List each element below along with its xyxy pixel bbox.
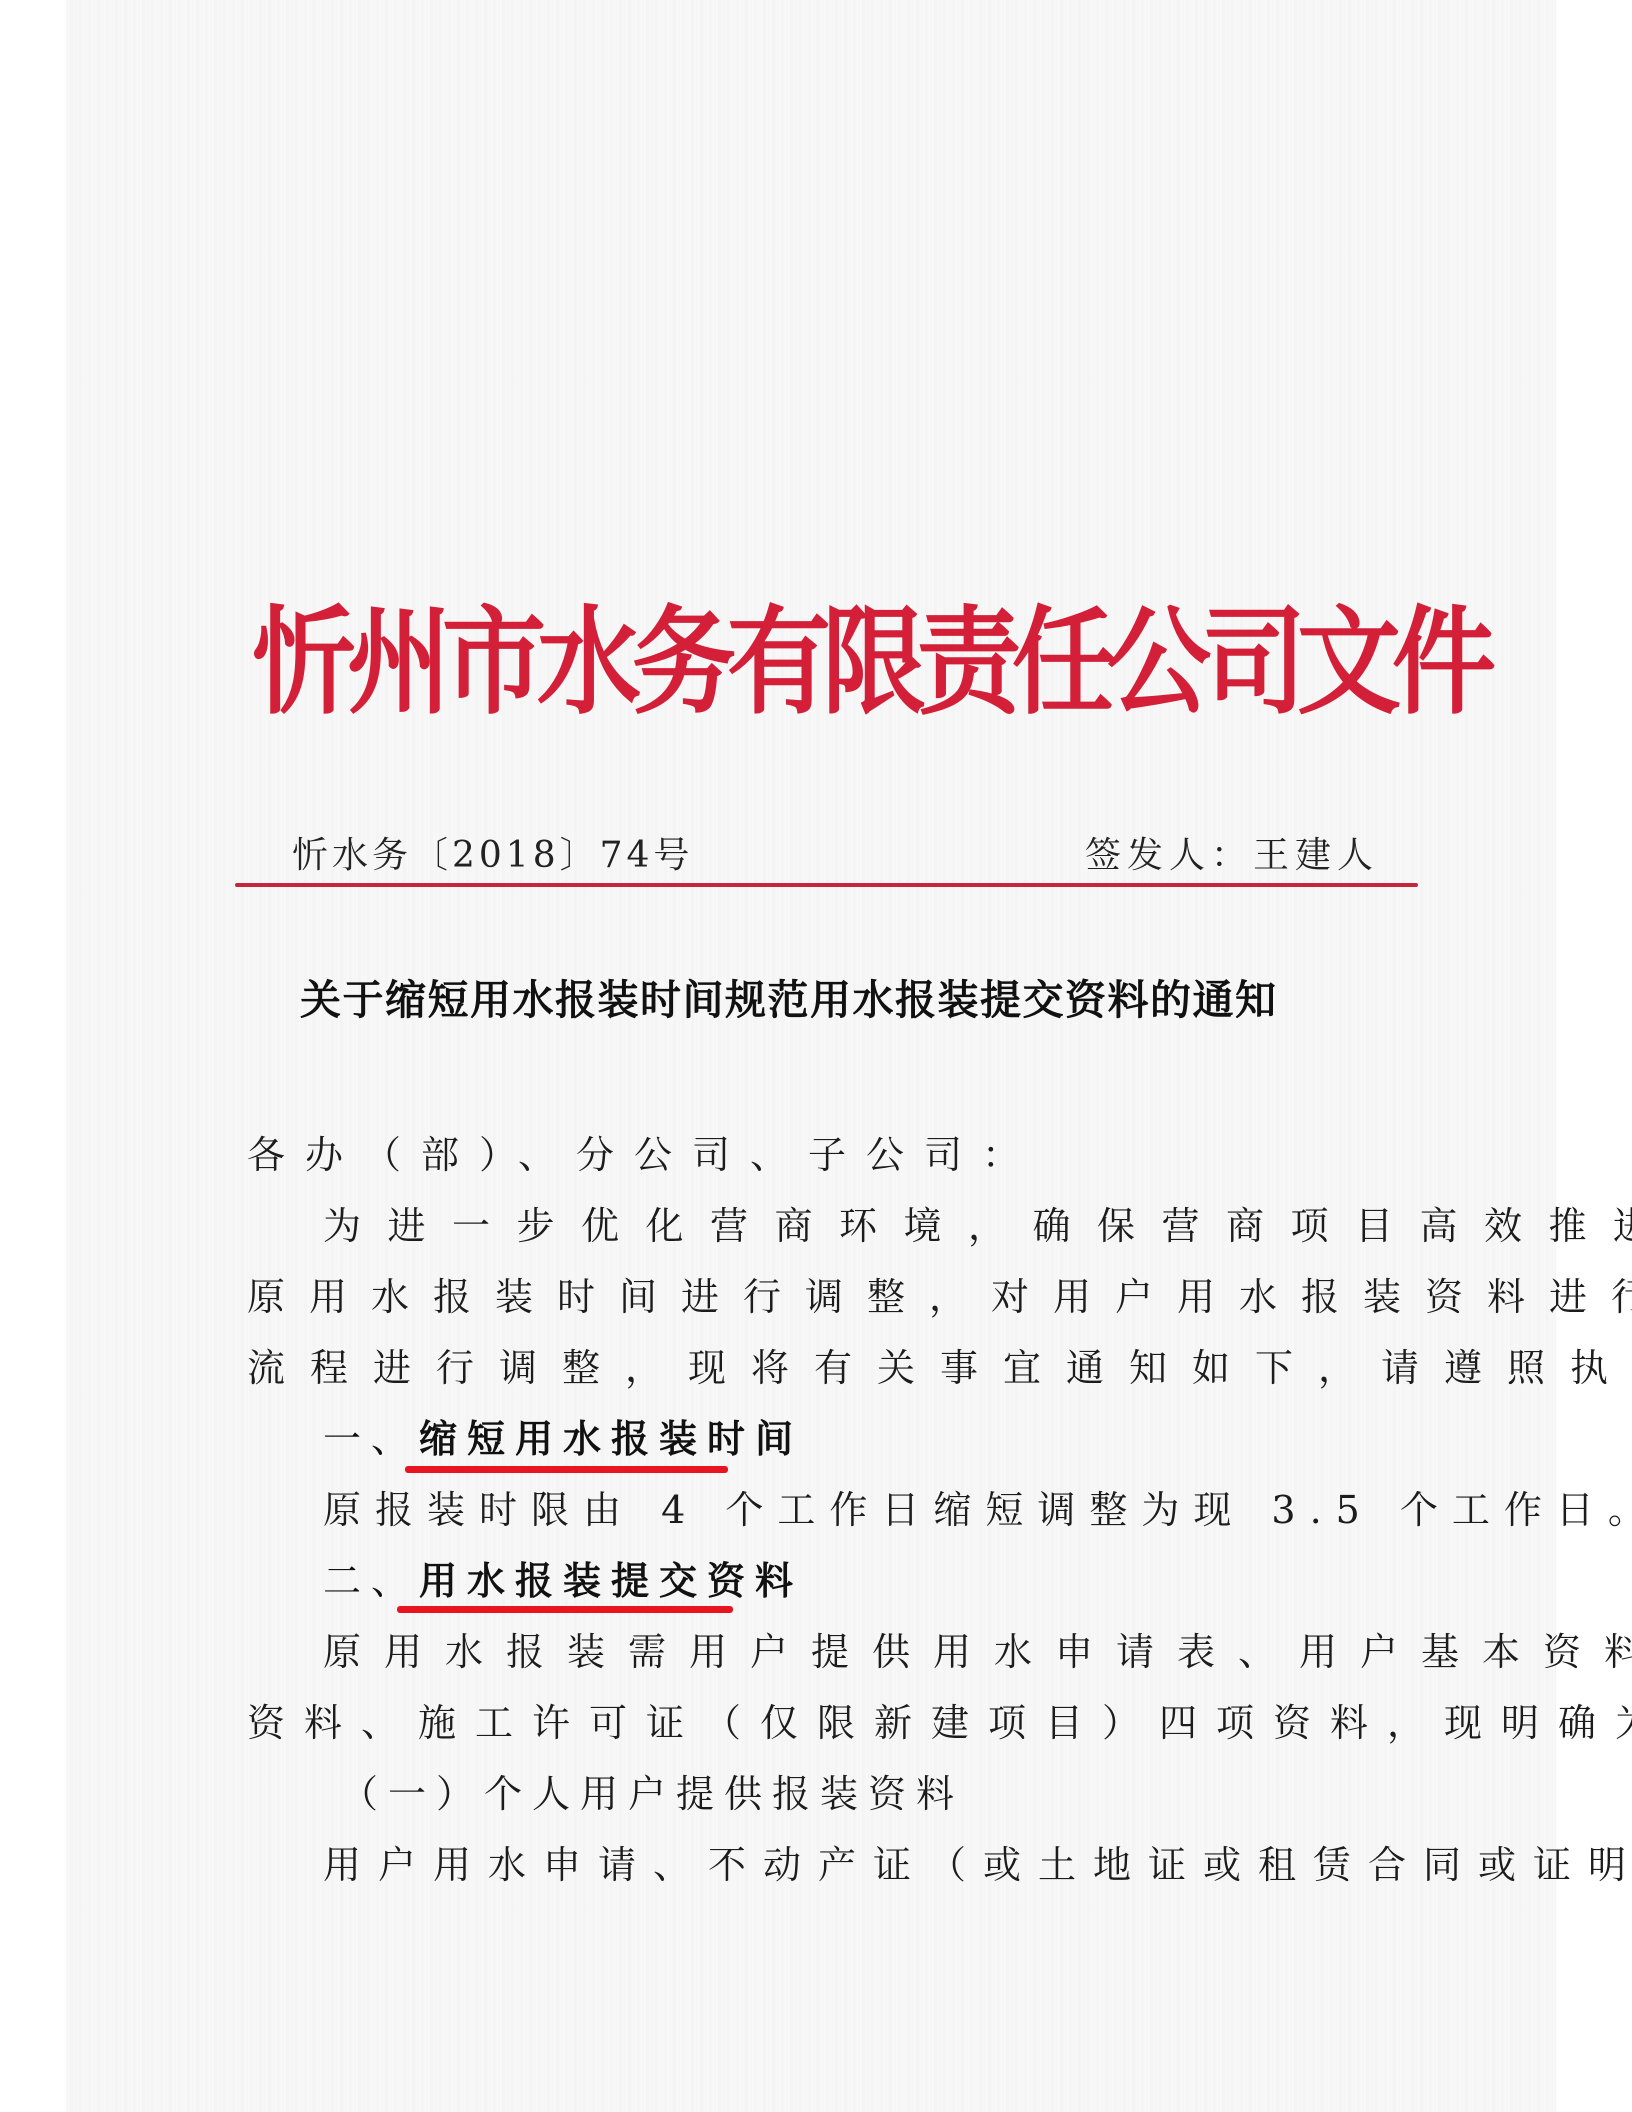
section-1-body-line-1: 原报装时限由 4 个工作日缩短调整为现 3.5 个工作日。 xyxy=(323,1485,1632,1535)
section-2-body-line-1: 原用水报装需用户提供用水申请表、用户基本资料、工程图纸 xyxy=(323,1627,1632,1677)
masthead-title: 忻州市水务有限责任公司文件 xyxy=(252,593,1400,733)
intro-line-2: 原用水报装时间进行调整，对用户用水报装资料进行明确规范，和 xyxy=(247,1272,1632,1322)
section-1-heading: 一、缩短用水报装时间 xyxy=(323,1414,803,1464)
document-number: 忻水务〔2018〕74号 xyxy=(292,832,693,880)
red-separator-rule xyxy=(235,883,1418,887)
section-1-number: 一、 xyxy=(323,1417,419,1461)
subsection-1-body-line-1: 用户用水申请、不动产证（或土地证或租赁合同或证明）、身 xyxy=(323,1840,1632,1890)
salutation: 各办（部）、分公司、子公司： xyxy=(247,1130,1040,1180)
intro-line-3: 流程进行调整，现将有关事宜通知如下，请遵照执行。 xyxy=(247,1343,1632,1393)
signer: 签发人：王建人 xyxy=(1085,832,1379,880)
notice-title: 关于缩短用水报装时间规范用水报装提交资料的通知 xyxy=(300,972,1350,1028)
section-2-body-line-2: 资料、施工许可证（仅限新建项目）四项资料，现明确为： xyxy=(247,1698,1632,1748)
section-2-number: 二、 xyxy=(323,1559,419,1603)
intro-line-1: 为进一步优化营商环境，确保营商项目高效推进，经研究，对 xyxy=(323,1201,1632,1251)
section-2-title: 用水报装提交资料 xyxy=(419,1559,803,1603)
section-2-heading: 二、用水报装提交资料 xyxy=(323,1556,803,1606)
red-marker-underline-1 xyxy=(405,1466,728,1473)
subsection-1-heading: （一）个人用户提供报装资料 xyxy=(340,1769,964,1819)
section-1-title: 缩短用水报装时间 xyxy=(419,1417,803,1461)
red-marker-underline-2 xyxy=(397,1606,733,1613)
